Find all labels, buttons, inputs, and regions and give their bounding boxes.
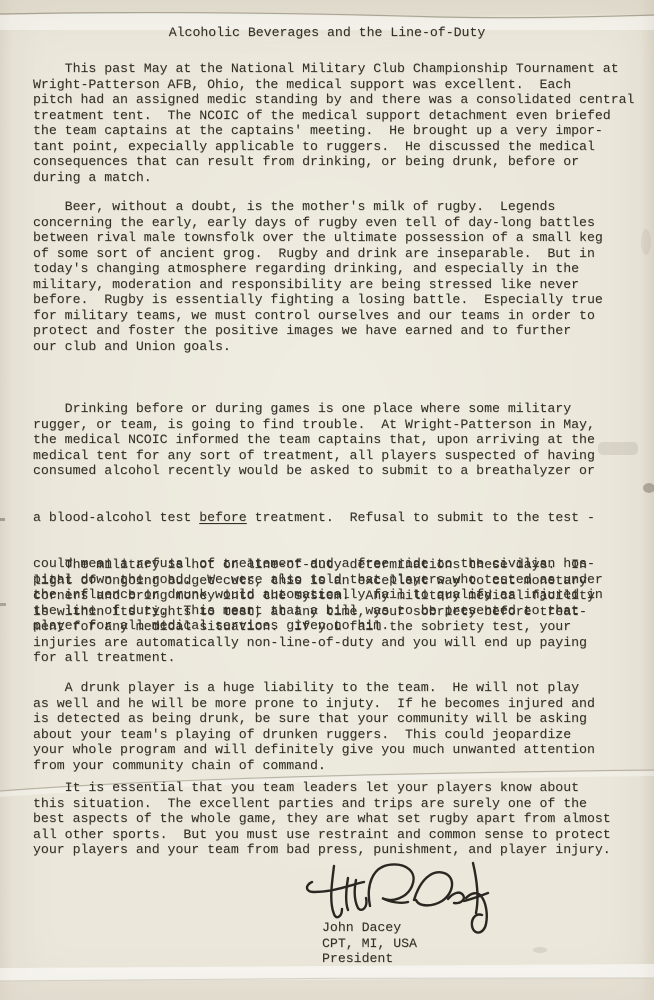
paper-bottom-band: [0, 978, 654, 1000]
paragraph-3-lines-before: Drinking before or during games is one p…: [33, 401, 603, 479]
paragraph-2: Beer, without a doubt, is the mother's m…: [33, 199, 603, 354]
signature-stroke: [369, 864, 414, 906]
smudge-mark: [641, 229, 651, 255]
signature-typed-block: John Dacey CPT, MI, USA President: [322, 920, 417, 967]
signature-stroke: [346, 878, 348, 910]
signature-stroke: [331, 866, 342, 917]
paragraph-1: This past May at the National Military C…: [33, 61, 634, 185]
signature-stroke: [473, 863, 477, 913]
underlined-word: before: [199, 510, 246, 525]
paragraph-3-underline-line: a blood-alcohol test before treatment. R…: [33, 510, 603, 526]
scanned-letter-page: Alcoholic Beverages and the Line-of-Duty…: [0, 0, 654, 1000]
paragraph-6: It is essential that you team leaders le…: [33, 780, 611, 858]
smudge-mark: [598, 442, 638, 455]
smudge-mark: [0, 518, 5, 521]
smudge-mark: [643, 483, 654, 493]
underline-line-pre: a blood-alcohol test: [33, 510, 199, 525]
smudge-mark: [533, 947, 547, 953]
signature-stroke: [414, 872, 452, 905]
document-title: Alcoholic Beverages and the Line-of-Duty: [0, 25, 654, 41]
signature-stroke: [472, 896, 487, 933]
underline-line-post: treatment. Refusal to submit to the test…: [247, 510, 595, 525]
smudge-mark: [0, 603, 6, 606]
paragraph-5: A drunk player is a huge liability to th…: [33, 680, 595, 773]
signature-stroke: [355, 880, 367, 910]
paragraph-4: The military is hot on line-of-duty dete…: [33, 557, 595, 666]
paper-tear-top-band: [0, 0, 654, 16]
